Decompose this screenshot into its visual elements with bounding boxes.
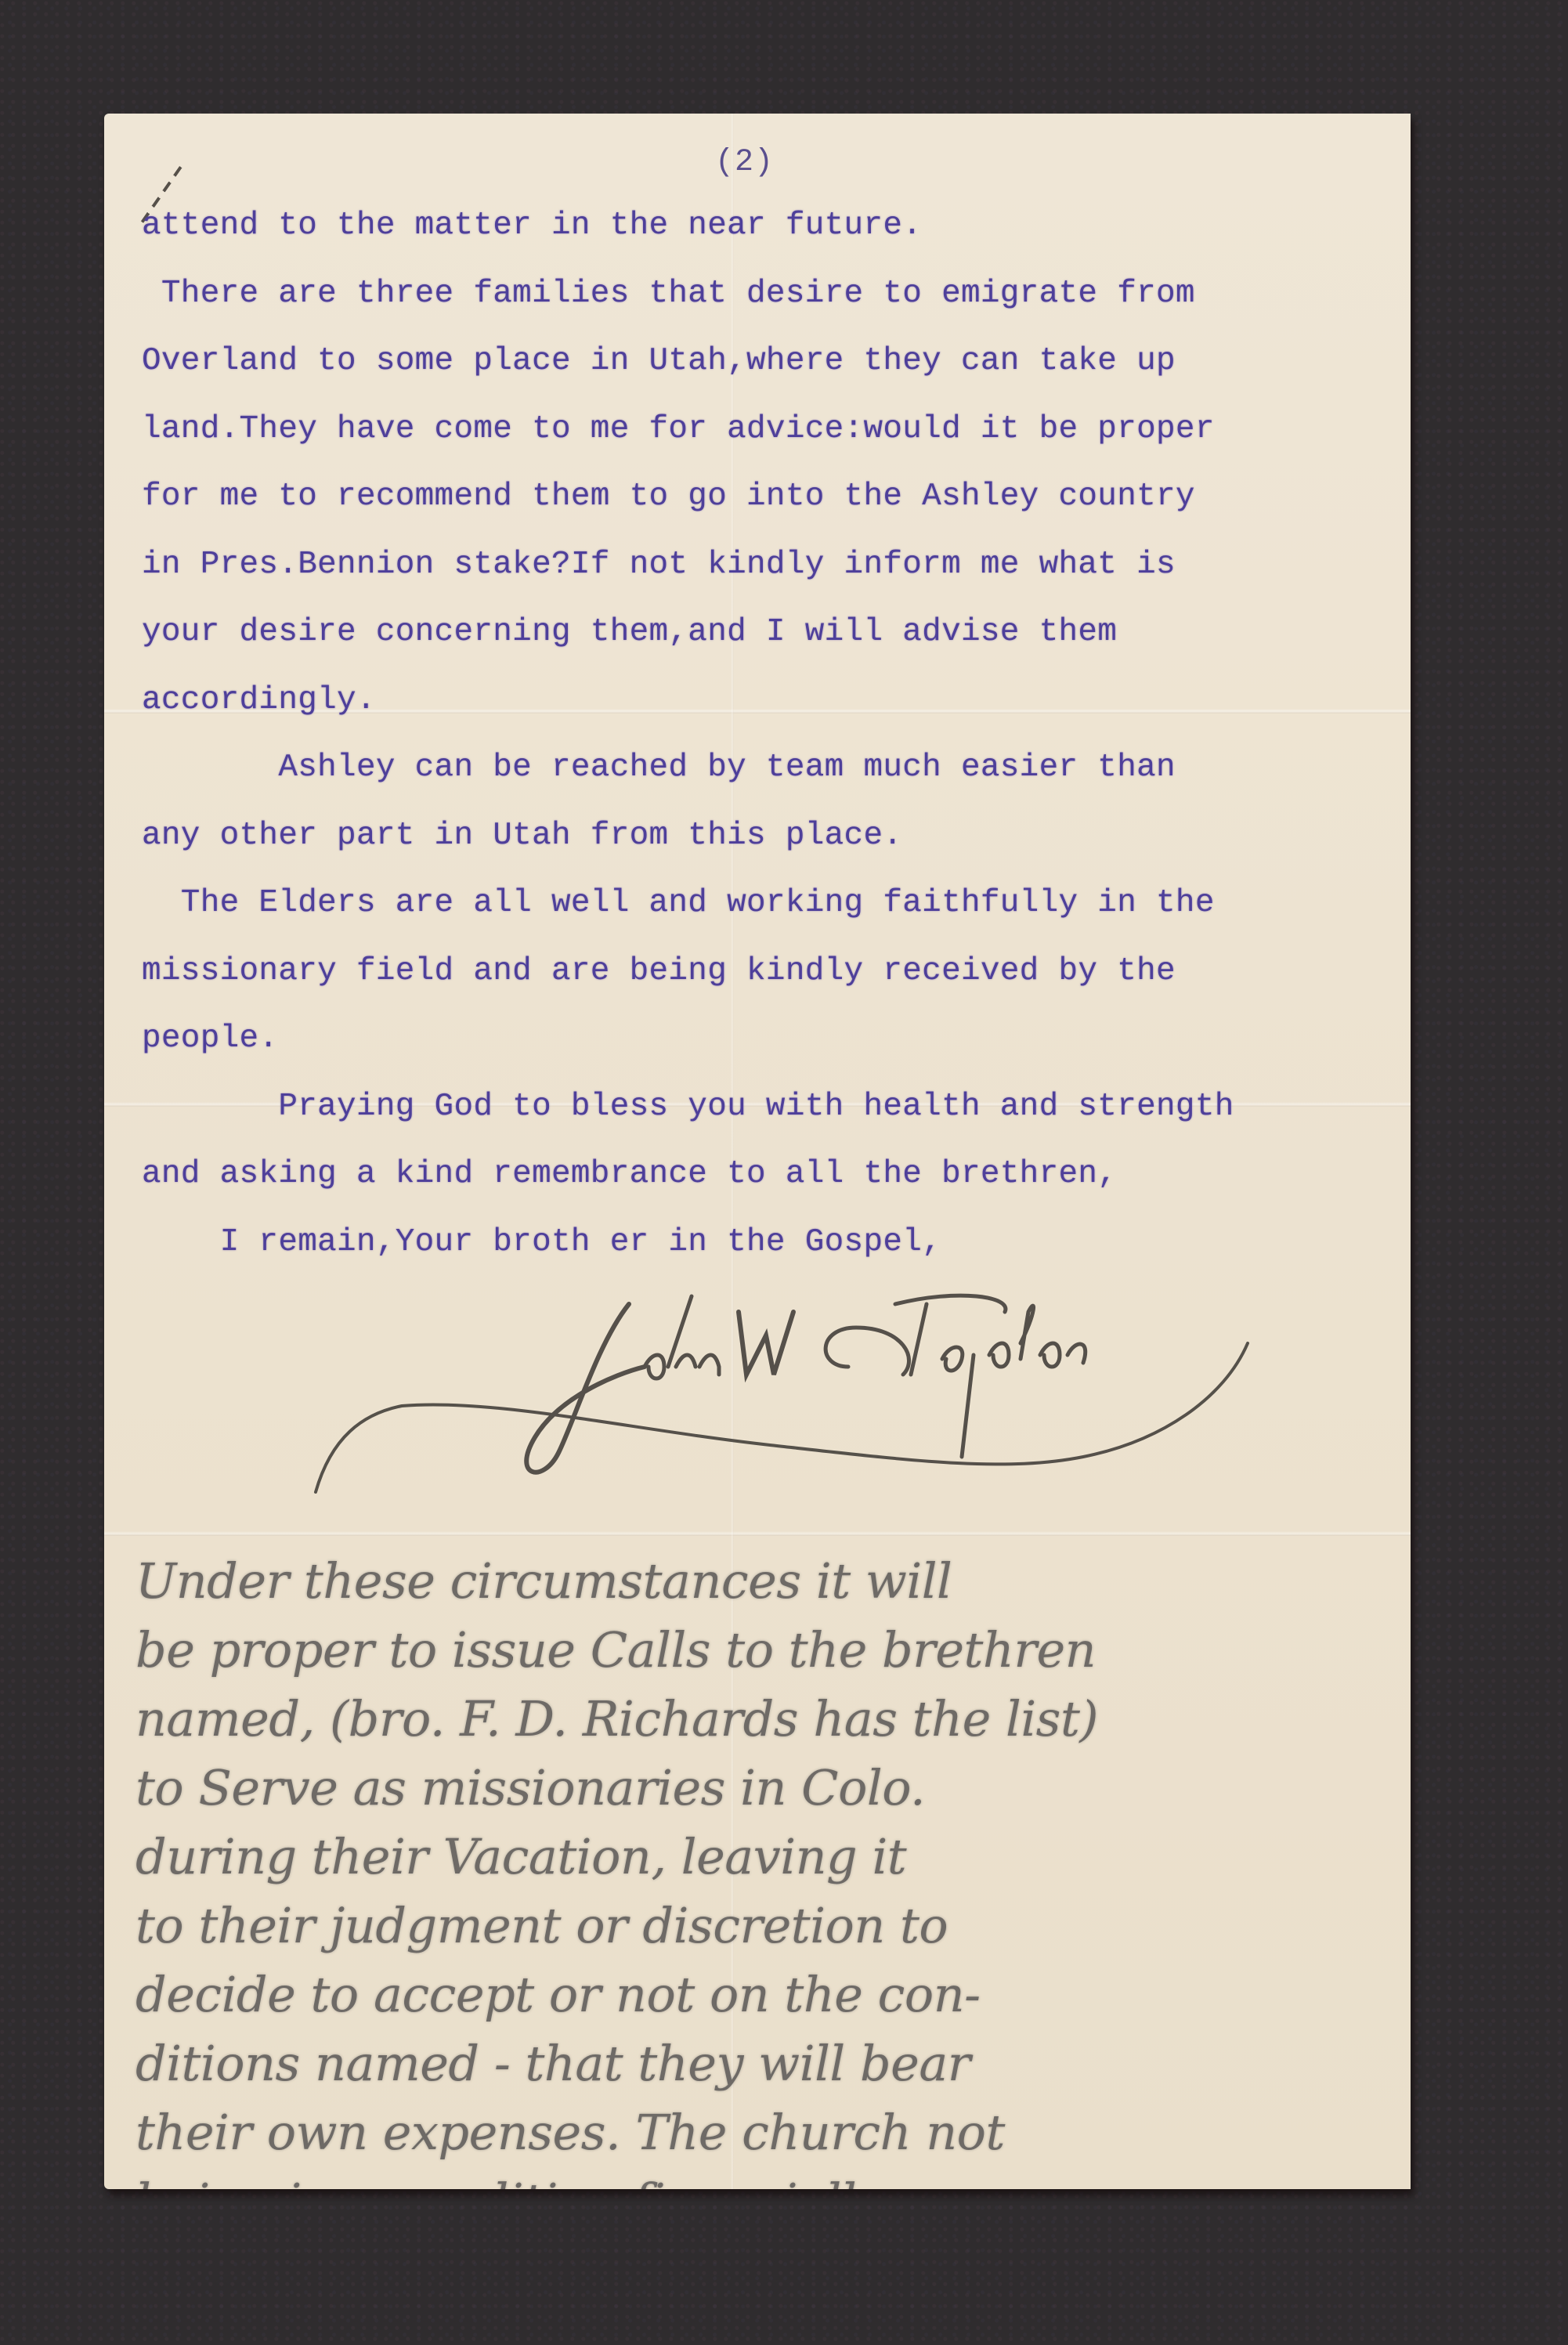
typed-line: accordingly. — [142, 667, 1411, 735]
typed-line: and asking a kind remembrance to all the… — [142, 1140, 1411, 1209]
handwritten-line: during their Vacation, leaving it — [135, 1823, 1404, 1892]
letter-page: (2) attend to the matter in the near fut… — [104, 114, 1411, 2189]
typed-line: I remain,Your broth er in the Gospel, — [142, 1209, 1411, 1277]
typed-line: attend to the matter in the near future. — [142, 192, 1411, 260]
handwritten-line: being in a condition financially — [135, 2167, 1404, 2189]
signature — [300, 1281, 1318, 1508]
typed-line: people. — [142, 1005, 1411, 1073]
typed-line: for me to recommend them to go into the … — [142, 463, 1411, 531]
typed-line: There are three families that desire to … — [142, 260, 1411, 328]
handwritten-line: be proper to issue Calls to the brethren — [135, 1616, 1404, 1685]
typed-line: your desire concerning them,and I will a… — [142, 598, 1411, 667]
handwritten-line: named, (bro. F. D. Richards has the list… — [135, 1685, 1404, 1754]
typed-line: Ashley can be reached by team much easie… — [142, 734, 1411, 802]
handwritten-line: Under these circumstances it will — [135, 1547, 1404, 1616]
typed-line: The Elders are all well and working fait… — [142, 869, 1411, 938]
handwritten-line: decide to accept or not on the con- — [135, 1960, 1404, 2029]
handwritten-line: their own expenses. The church not — [135, 2098, 1404, 2167]
signature-flourish-icon — [300, 1281, 1318, 1508]
page-number: (2) — [715, 145, 774, 180]
handwritten-line: to Serve as missionaries in Colo. — [135, 1754, 1404, 1823]
handwritten-line: ditions named - that they will bear — [135, 2029, 1404, 2098]
typed-line: Overland to some place in Utah,where the… — [142, 327, 1411, 396]
typed-line: Praying God to bless you with health and… — [142, 1073, 1411, 1141]
handwritten-line: to their judgment or discretion to — [135, 1892, 1404, 1960]
typed-line: in Pres.Bennion stake?If not kindly info… — [142, 531, 1411, 599]
typed-letter-body: attend to the matter in the near future.… — [142, 192, 1411, 1276]
handwritten-note: Under these circumstances it will be pro… — [135, 1547, 1404, 2189]
typed-line: land.They have come to me for advice:wou… — [142, 396, 1411, 464]
typed-line: missionary field and are being kindly re… — [142, 938, 1411, 1006]
paper-fold — [104, 1531, 1411, 1536]
typed-line: any other part in Utah from this place. — [142, 802, 1411, 870]
